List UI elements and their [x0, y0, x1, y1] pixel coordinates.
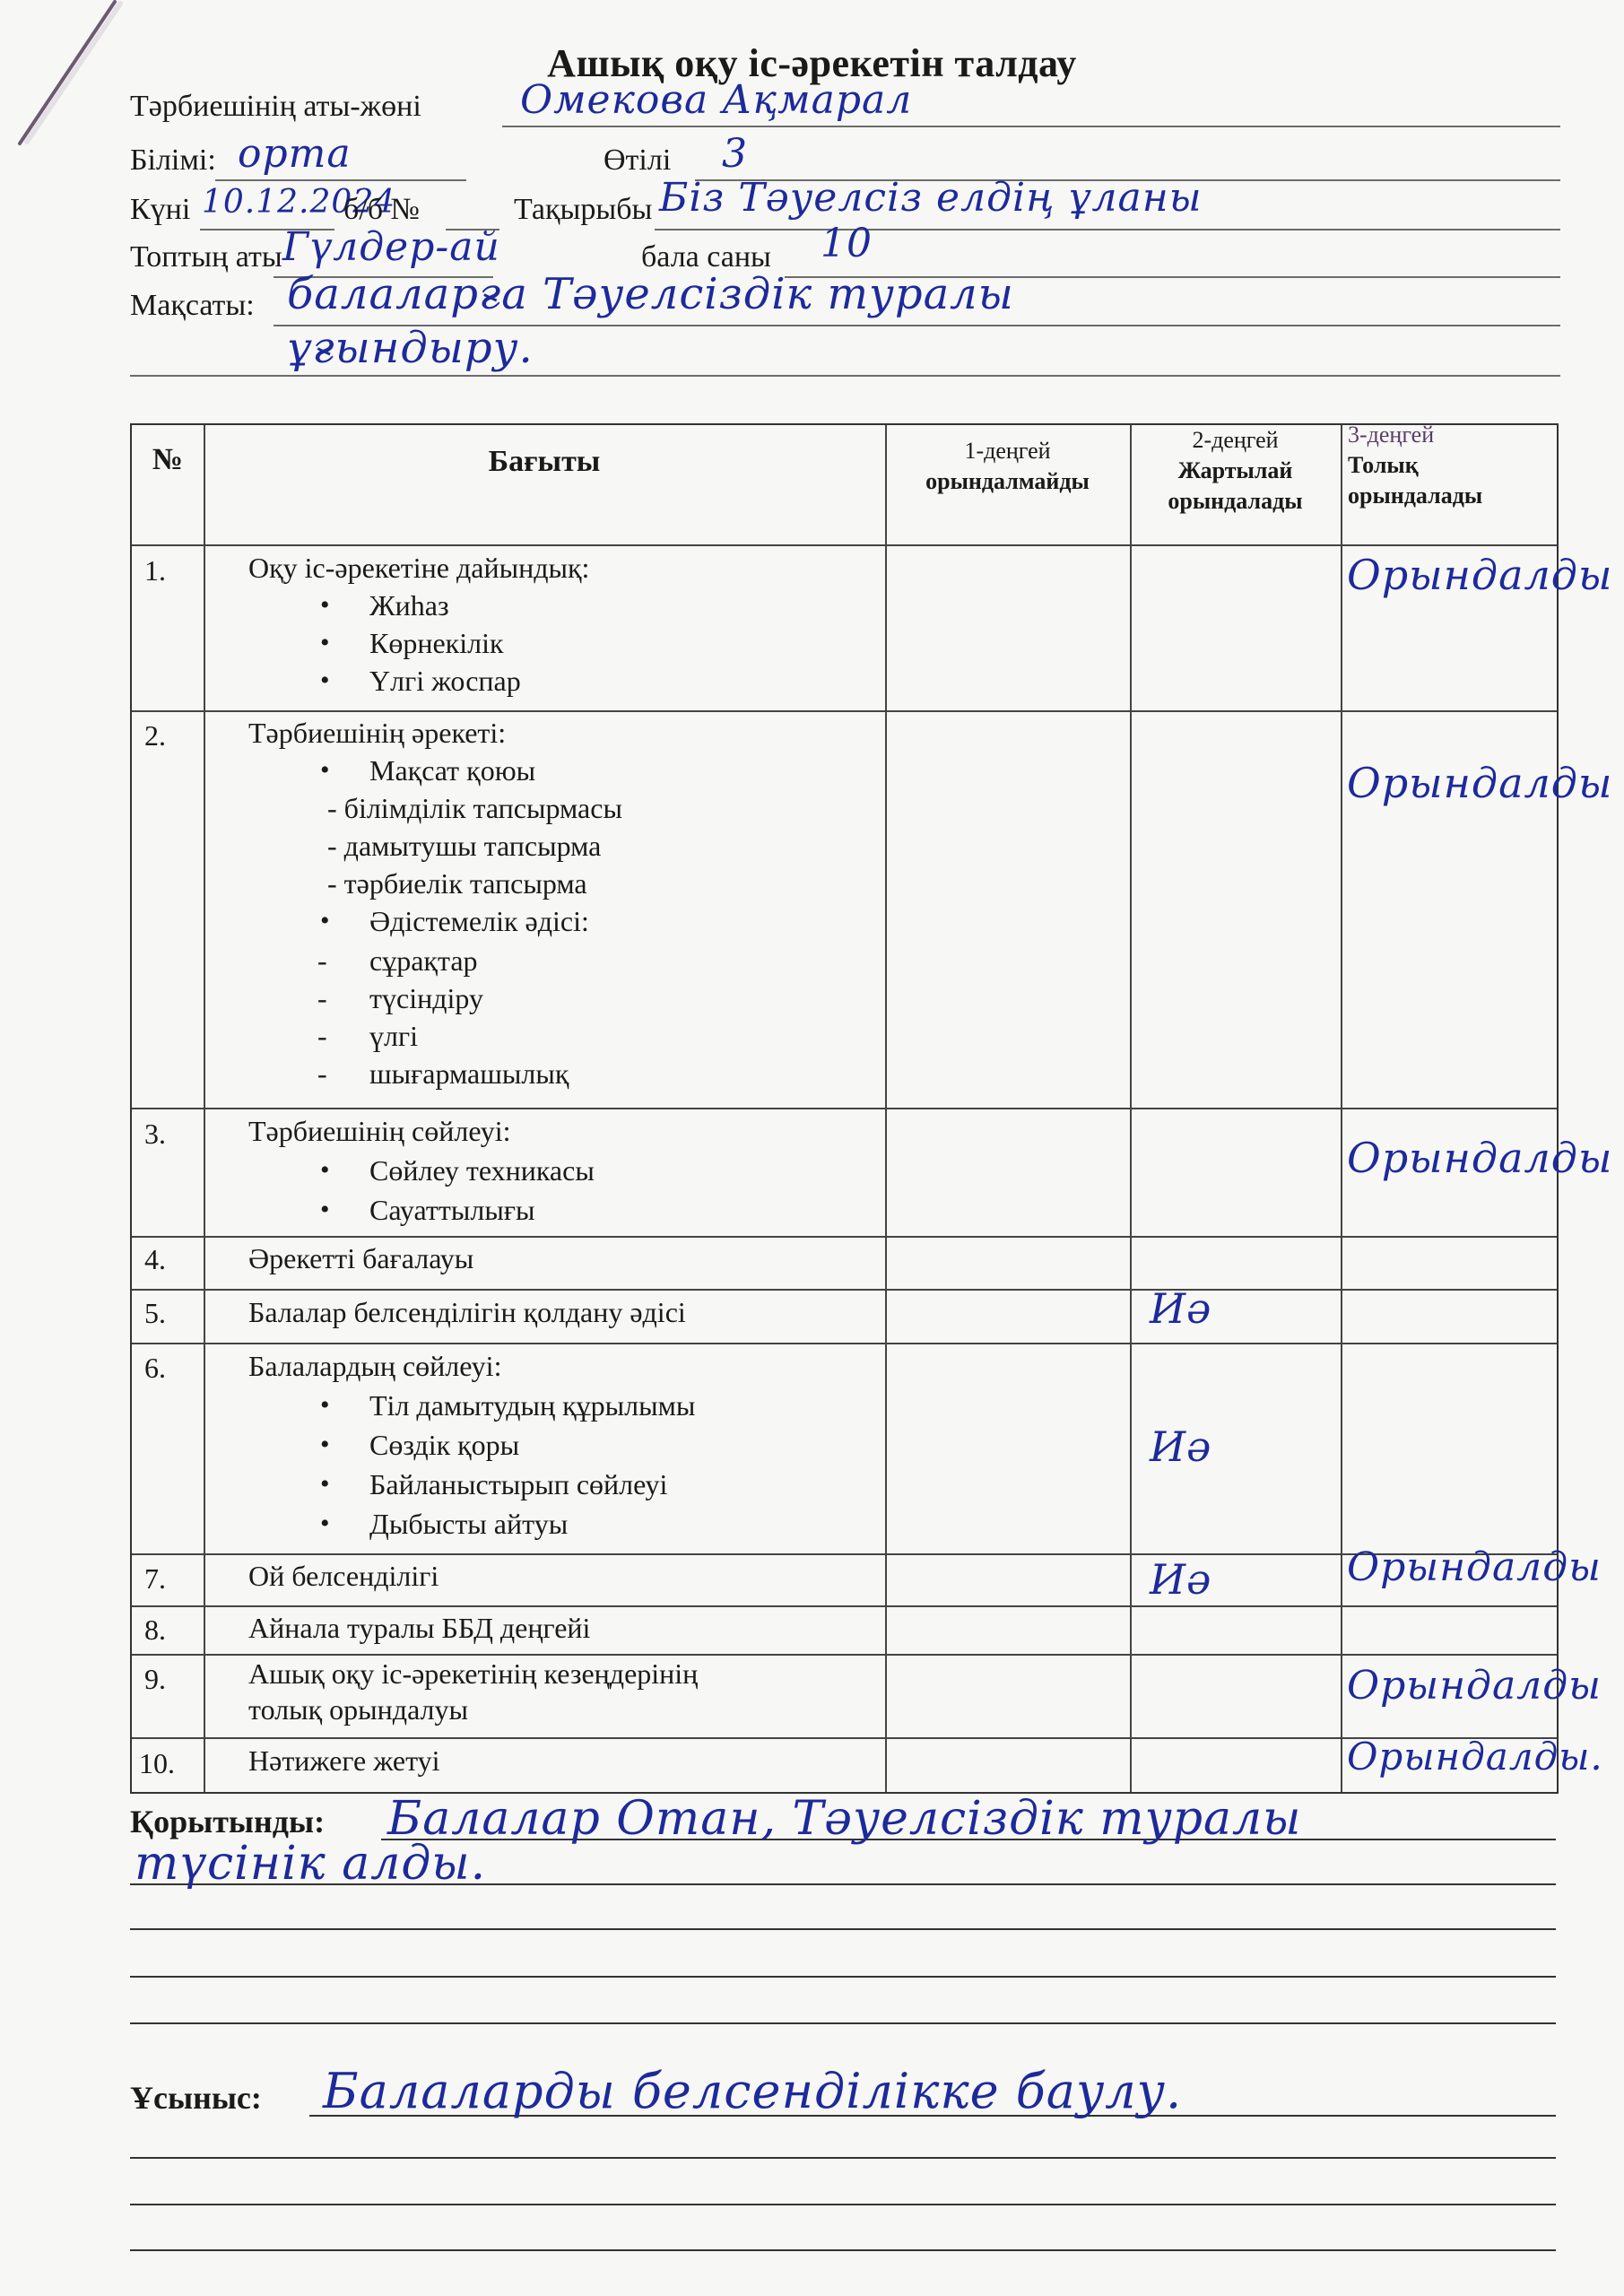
goal-label: Мақсаты:: [130, 289, 255, 323]
row-title: Балалардың сөйлеуі:: [248, 1345, 501, 1387]
row-title: Тәрбиешінің сөйлеуі:: [248, 1110, 511, 1152]
recommendation-label: Ұсыныс:: [130, 2079, 262, 2117]
teacher-name-value: Омекова Ақмарал: [520, 77, 912, 123]
conclusion-line-4[interactable]: [130, 1976, 1556, 1978]
number-label: б/б №: [343, 193, 420, 227]
conclusion-label: Қорытынды:: [130, 1803, 325, 1840]
row-title: Әрекетті бағалауы: [248, 1238, 473, 1279]
recommendation-line-4[interactable]: [130, 2249, 1556, 2251]
conclusion-text-1: Балалар Отан, Тәуелсіздік туралы: [387, 1792, 1302, 1846]
goal-value-line1: балаларға Тәуелсіздік туралы: [287, 269, 1014, 319]
recommendation-line-3[interactable]: [130, 2204, 1556, 2205]
level3-mark: Орындалды: [1347, 1544, 1602, 1590]
level3-mark: Орындалды: [1347, 551, 1612, 599]
header-num: №: [132, 443, 204, 477]
row-title: Айнала туралы ББД деңгейі: [248, 1607, 590, 1648]
row-title: Нәтижеге жетуі: [248, 1740, 440, 1781]
experience-value: 3: [722, 131, 748, 177]
level2-mark: Иә: [1150, 1422, 1211, 1471]
row-title: Оқу іс-әрекетіне дайындық:: [248, 547, 589, 588]
level2-mark: Иә: [1150, 1555, 1211, 1604]
row-title: Тәрбиешінің әрекеті:: [248, 712, 506, 753]
level3-mark: Орындалды: [1347, 1663, 1602, 1709]
conclusion-line-3[interactable]: [130, 1928, 1556, 1930]
header-level2: 2-деңгей Жартылай орындалады: [1130, 425, 1341, 517]
header-direction: Бағыты: [204, 445, 885, 479]
row-title: Ашық оқу іс-әрекетінің кезеңдерінің толы…: [248, 1656, 698, 1727]
row-title: Балалар белсенділігін қолдану әдісі: [248, 1291, 686, 1333]
goal-value-line2: ұғындыру.: [287, 323, 534, 373]
date-label: Күні: [130, 193, 190, 227]
experience-label: Өтілі: [604, 143, 671, 178]
evaluation-table: № Бағыты 1-деңгей орындалмайды 2-деңгей …: [130, 423, 1559, 1794]
row-title: Ой белсенділігі: [248, 1555, 439, 1596]
header-level1: 1-деңгей орындалмайды: [885, 436, 1130, 497]
recommendation-text-1: Балаларды белсенділікке баулу.: [323, 2063, 1182, 2119]
header-level3: 3-деңгей Толық орындалады: [1348, 420, 1559, 511]
group-name-label: Топтың аты: [130, 240, 282, 274]
topic-label: Тақырыбы: [514, 193, 652, 227]
group-name-value: Гүлдер-ай: [282, 224, 500, 270]
level3-mark: Орындалды: [1347, 759, 1612, 807]
level2-mark: Иә: [1150, 1284, 1211, 1333]
recommendation-line-2[interactable]: [130, 2157, 1556, 2159]
level3-mark: Орындалды: [1347, 1134, 1612, 1182]
education-label: Білімі:: [130, 143, 216, 178]
level3-mark: Орындалды.: [1347, 1735, 1603, 1779]
teacher-name-label: Тәрбиешінің аты-жөні: [130, 90, 421, 124]
goal-row-2: ұғындыру.: [130, 339, 1565, 378]
conclusion-line-5[interactable]: [130, 2022, 1556, 2024]
topic-value: Біз Тәуелсіз елдің ұланы: [659, 175, 1203, 221]
conclusion-text-2: түсінік алды.: [135, 1837, 486, 1891]
children-count-value: 10: [821, 221, 873, 266]
teacher-name-row: Тәрбиешінің аты-жөні Омекова Ақмарал: [130, 90, 1565, 129]
education-value: орта: [238, 131, 352, 177]
